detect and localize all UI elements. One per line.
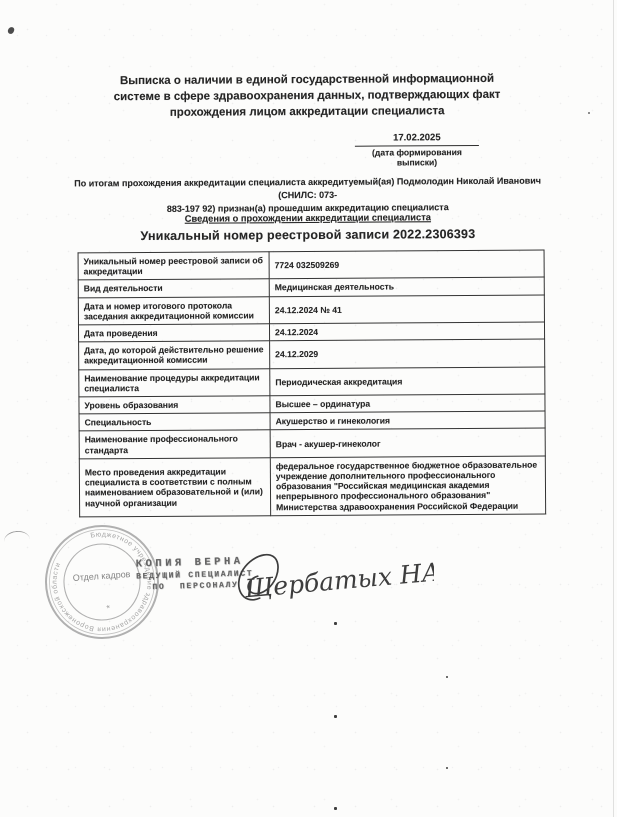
extract-date: 17.02.2025 xyxy=(355,132,479,147)
row-value: федеральное государственное бюджетное об… xyxy=(270,456,545,516)
scan-edge-line xyxy=(613,0,615,817)
scanned-document-page: Выписка о наличии в единой государственн… xyxy=(0,0,617,817)
accreditation-result-paragraph: По итогам прохождения аккредитации специ… xyxy=(57,174,558,216)
row-value: Врач - акушер-гинеколог xyxy=(270,428,545,457)
row-label: Дата, до которой действительно решение а… xyxy=(79,341,270,370)
row-label: Место проведения аккредитации специалист… xyxy=(79,458,270,517)
scan-speck xyxy=(334,715,337,718)
row-value: Высшее – ординатура xyxy=(270,394,545,413)
signature-name: Щербатых НА xyxy=(243,557,434,603)
table-row: Наименование процедуры аккредитации спец… xyxy=(79,367,545,397)
scan-speck xyxy=(588,112,590,114)
accreditation-details-table: Уникальный номер реестровой записи об ак… xyxy=(78,250,547,518)
row-label: Уникальный номер реестровой записи об ак… xyxy=(78,252,269,281)
table-row: Уникальный номер реестровой записи об ак… xyxy=(78,250,544,280)
intro-line: По итогам прохождения аккредитации специ… xyxy=(57,174,558,203)
row-label: Дата проведения xyxy=(78,324,269,342)
row-label: Специальность xyxy=(79,413,270,431)
row-value: 7724 032509269 xyxy=(269,250,544,279)
stamp-center-text: Отдел кадров xyxy=(72,569,130,583)
row-value: 24.12.2024 № 41 xyxy=(269,295,544,324)
table-row: Наименование профессионального стандарта… xyxy=(79,428,545,458)
registry-number-heading: Уникальный номер реестровой записи 2022.… xyxy=(0,226,616,244)
row-label: Наименование профессионального стандарта xyxy=(79,430,270,459)
row-value: Периодическая аккредитация xyxy=(270,367,545,396)
row-label: Дата и номер итогового протокола заседан… xyxy=(78,296,269,325)
document-title: Выписка о наличии в единой государственн… xyxy=(0,70,616,122)
title-line: прохождения лицом аккредитации специалис… xyxy=(0,102,616,122)
scan-speck xyxy=(446,767,448,769)
document-content: Выписка о наличии в единой государственн… xyxy=(0,0,617,817)
scan-speck xyxy=(334,807,337,810)
table-row: Дата и номер итогового протокола заседан… xyxy=(78,295,544,325)
row-value: Акушерство и гинекология xyxy=(270,411,545,430)
row-label: Уровень образования xyxy=(79,396,270,414)
handwritten-signature: Щербатых НА xyxy=(224,534,434,618)
table-row: Дата, до которой действительно решение а… xyxy=(79,339,545,369)
row-label: Наименование процедуры аккредитации спец… xyxy=(79,368,270,397)
stamp-bottom-mark: * xyxy=(106,603,112,614)
table-row: Место проведения аккредитации специалист… xyxy=(79,456,545,517)
scan-speck xyxy=(334,622,337,625)
extract-date-block: 17.02.2025 (дата формирования выписки) xyxy=(355,132,479,168)
row-value: 24.12.2024 xyxy=(269,322,544,341)
scan-speck xyxy=(446,676,448,678)
row-label: Вид деятельности xyxy=(78,279,269,297)
row-value: Медицинская деятельность xyxy=(269,277,544,296)
extract-date-caption: (дата формирования выписки) xyxy=(355,146,479,168)
row-value: 24.12.2029 xyxy=(270,339,545,368)
